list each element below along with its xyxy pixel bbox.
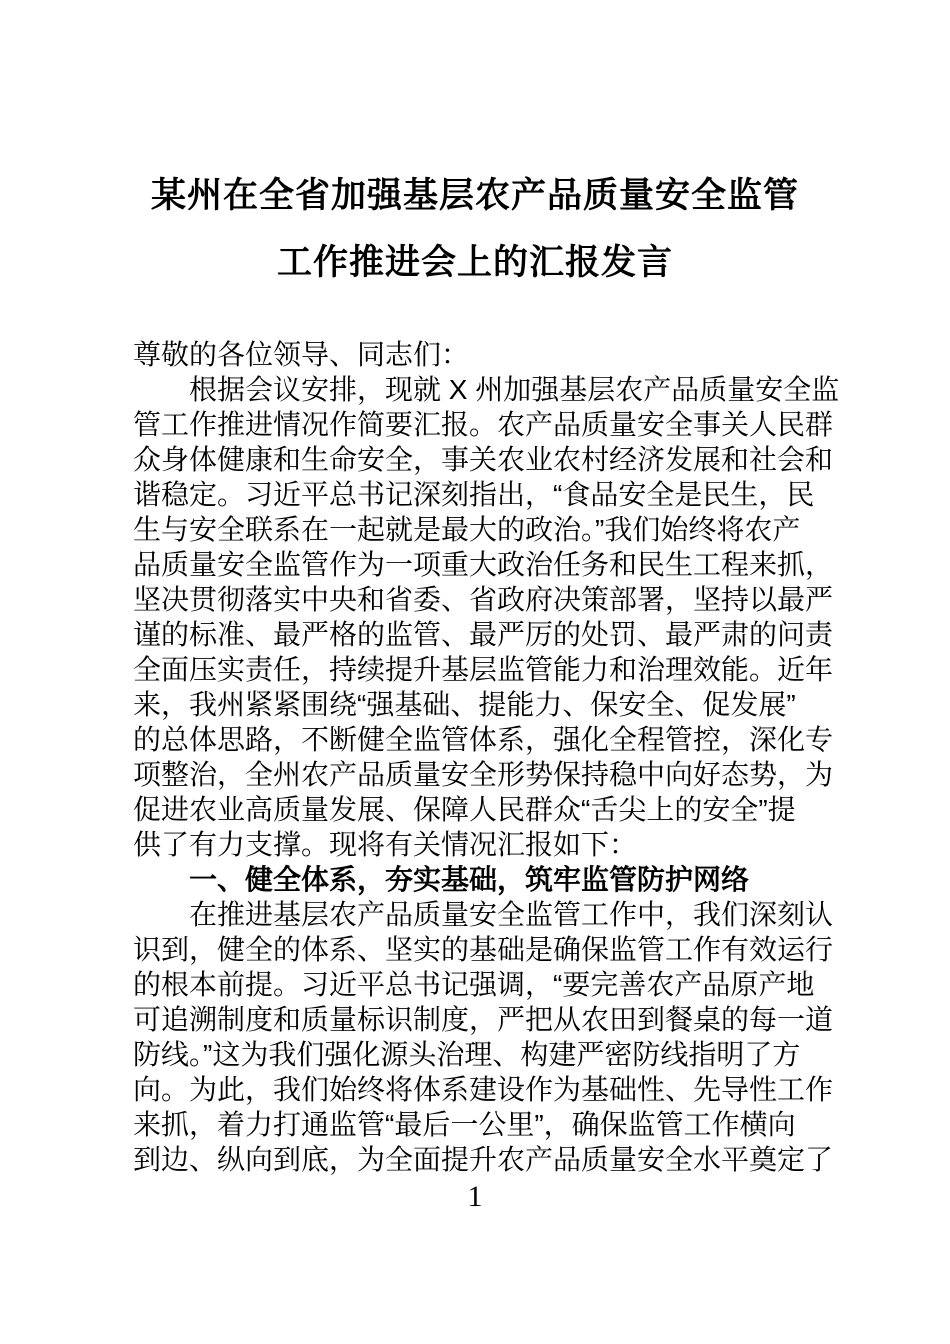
text-line: 防线。”这为我们强化源头治理、构建严密防线指明了方 — [133, 1037, 823, 1072]
text-line: 全面压实责任，持续提升基层监管能力和治理效能。近年 — [133, 652, 823, 687]
text-line: 谐稳定。习近平总书记深刻指出，“食品安全是民生，民 — [133, 477, 823, 512]
page-number: 1 — [0, 1180, 950, 1214]
text-line: 坚决贯彻落实中央和省委、省政府决策部署，坚持以最严 — [133, 582, 823, 617]
text-line: 项整治，全州农产品质量安全形势保持稳中向好态势，为 — [133, 757, 823, 792]
text-line: 的根本前提。习近平总书记强调，“要完善农产品原产地 — [133, 967, 823, 1002]
text-line: 促进农业高质量发展、保障人民群众“舌尖上的安全”提 — [133, 792, 823, 827]
text-line: 到边、纵向到底，为全面提升农产品质量安全水平奠定了 — [133, 1142, 823, 1177]
text-line: 的总体思路，不断健全监管体系，强化全程管控，深化专 — [133, 722, 823, 757]
title-line-2: 工作推进会上的汇报发言 — [0, 229, 950, 296]
text-line: 在推进基层农产品质量安全监管工作中，我们深刻认 — [133, 897, 823, 932]
text-line: 供了有力支撑。现将有关情况汇报如下： — [133, 827, 823, 862]
text-line: 尊敬的各位领导、同志们： — [133, 337, 823, 372]
text-line: 识到，健全的体系、坚实的基础是确保监管工作有效运行 — [133, 932, 823, 967]
text-line: 向。为此，我们始终将体系建设作为基础性、先导性工作 — [133, 1072, 823, 1107]
text-line: 生与安全联系在一起就是最大的政治。”我们始终将农产 — [133, 512, 823, 547]
text-line: 来，我州紧紧围绕“强基础、提能力、保安全、促发展” — [133, 687, 823, 722]
text-line: 根据会议安排，现就 X 州加强基层农产品质量安全监 — [133, 372, 823, 407]
document-title: 某州在全省加强基层农产品质量安全监管 工作推进会上的汇报发言 — [0, 162, 950, 296]
text-line: 众身体健康和生命安全，事关农业农村经济发展和社会和 — [133, 442, 823, 477]
text-line: 品质量安全监管作为一项重大政治任务和民生工程来抓， — [133, 547, 823, 582]
document-body: 尊敬的各位领导、同志们：根据会议安排，现就 X 州加强基层农产品质量安全监管工作… — [133, 337, 823, 1177]
document-page: 某州在全省加强基层农产品质量安全监管 工作推进会上的汇报发言 尊敬的各位领导、同… — [0, 0, 950, 1344]
section-heading: 一、健全体系，夯实基础，筑牢监管防护网络 — [133, 862, 823, 897]
text-line: 管工作推进情况作简要汇报。农产品质量安全事关人民群 — [133, 407, 823, 442]
title-line-1: 某州在全省加强基层农产品质量安全监管 — [0, 162, 950, 229]
text-line: 可追溯制度和质量标识制度，严把从农田到餐桌的每一道 — [133, 1002, 823, 1037]
text-line: 谨的标准、最严格的监管、最严厉的处罚、最严肃的问责 — [133, 617, 823, 652]
text-line: 来抓，着力打通监管“最后一公里”，确保监管工作横向 — [133, 1107, 823, 1142]
